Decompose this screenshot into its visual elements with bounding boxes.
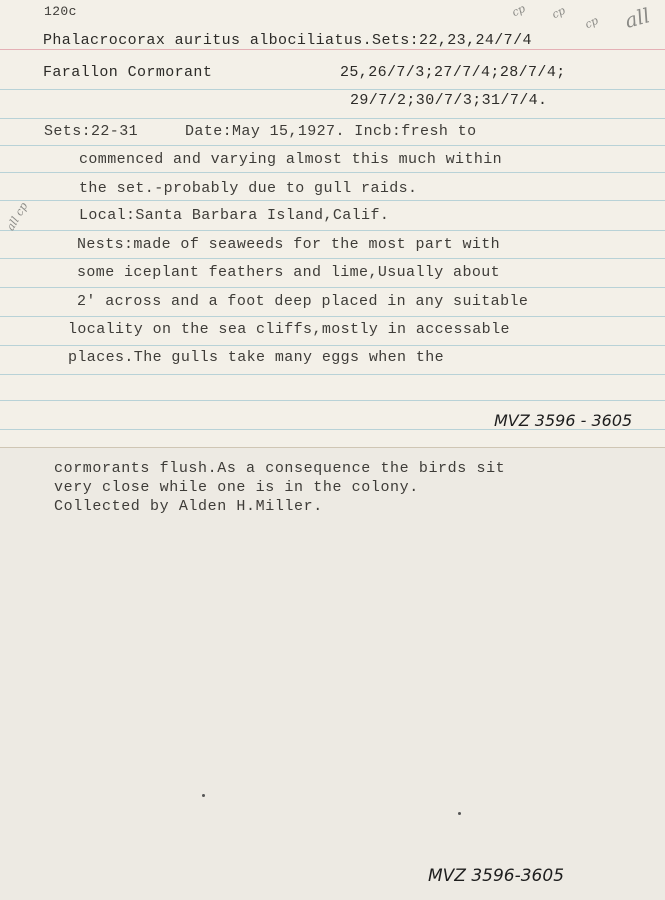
ruled-line — [0, 145, 665, 146]
collector-line: Collected by Alden H.Miller. — [54, 498, 323, 515]
locality: Local:Santa Barbara Island,Calif. — [79, 207, 389, 224]
ruled-line — [0, 118, 665, 119]
ruled-line — [0, 287, 665, 288]
species-name: Phalacrocorax auritus albociliatus.Sets:… — [43, 32, 532, 49]
catalog-number-bottom: MVZ 3596-3605 — [428, 866, 564, 886]
speck — [202, 794, 205, 797]
continuation-line: very close while one is in the colony. — [54, 479, 419, 496]
pencil-annotation: cp — [510, 2, 527, 19]
sets-line-3: 29/7/2;30/7/3;31/7/4. — [350, 92, 547, 109]
ruled-line — [0, 400, 665, 401]
ruled-line — [0, 316, 665, 317]
incubation-line: the set.-probably due to gull raids. — [79, 180, 417, 197]
card-back: cormorants flush.As a consequence the bi… — [0, 448, 665, 900]
incubation-line: commenced and varying almost this much w… — [79, 151, 502, 168]
continuation-line: cormorants flush.As a consequence the bi… — [54, 460, 505, 477]
nests-line: some iceplant feathers and lime,Usually … — [77, 264, 500, 281]
catalog-number-top: MVZ 3596 - 3605 — [494, 411, 632, 430]
nests-line: 2' across and a foot deep placed in any … — [77, 293, 528, 310]
ruled-line — [0, 345, 665, 346]
ruled-line — [0, 89, 665, 90]
speck — [458, 812, 461, 815]
ruled-line — [0, 374, 665, 375]
nests-line: Nests:made of seaweeds for the most part… — [77, 236, 500, 253]
pencil-annotation: all — [622, 3, 652, 33]
common-name: Farallon Cormorant — [43, 64, 212, 81]
nests-line: places.The gulls take many eggs when the — [68, 349, 444, 366]
sets-line-2: 25,26/7/3;27/7/4;28/7/4; — [340, 64, 566, 81]
pencil-annotation: all cp — [4, 200, 30, 233]
pencil-annotation: cp — [583, 14, 600, 31]
header-rule — [0, 49, 665, 50]
card-number: 120c — [44, 4, 77, 19]
sets-date-line: Sets:22-31 Date:May 15,1927. Incb:fresh … — [44, 123, 476, 140]
ruled-line — [0, 200, 665, 201]
ruled-line — [0, 258, 665, 259]
ruled-line — [0, 172, 665, 173]
pencil-annotation: cp — [550, 4, 567, 21]
card-front: 120c Phalacrocorax auritus albociliatus.… — [0, 0, 665, 448]
nests-line: locality on the sea cliffs,mostly in acc… — [68, 321, 510, 338]
ruled-line — [0, 230, 665, 231]
